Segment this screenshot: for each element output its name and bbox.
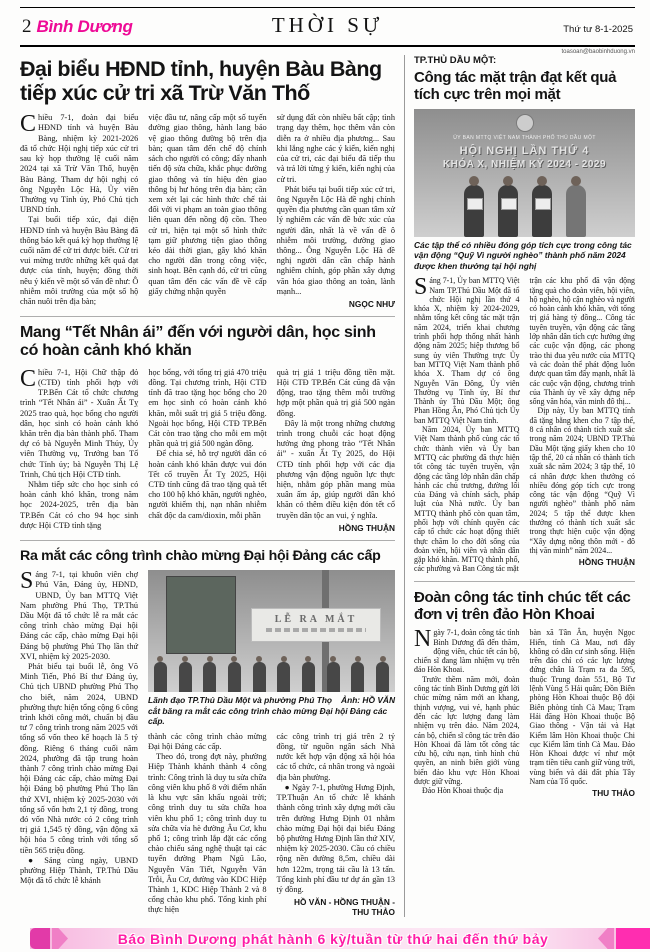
person-silhouette	[376, 662, 389, 692]
paragraph: Chiều 7-1, đoàn đại biểu HĐND tỉnh và hu…	[20, 113, 138, 215]
paragraph: trận các khu phố đã vận động tặng quà ch…	[530, 276, 636, 406]
person-silhouette	[154, 662, 167, 692]
article-hon-khoai: Đoàn công tác tỉnh chúc tết các đơn vị t…	[414, 589, 635, 799]
people-silhouettes	[414, 185, 635, 237]
person-silhouette	[566, 185, 586, 237]
paragraph: Theo đó, trong đợt này, phường Hiệp Thàn…	[148, 752, 267, 915]
paragraph: Phát biểu tại buổi lễ, ông Võ Minh Tiến,…	[20, 662, 138, 856]
article-lower-columns: thành các công trình chào mừng Đại hội Đ…	[148, 732, 395, 917]
paragraph: Ngày 7-1, đoàn công tác tỉnh Bình Dương …	[414, 628, 520, 674]
headline: Công tác mặt trận đạt kết quả tích cực t…	[414, 69, 635, 104]
article-body: Sáng 7-1, Ủy ban MTTQ Việt Nam TP.Thủ Dầ…	[414, 276, 635, 574]
person-silhouette	[532, 185, 552, 237]
photo-banner-line1: ỦY BAN MTTQ VIỆT NAM THÀNH PHỐ THỦ DẦU M…	[414, 135, 635, 141]
paragraph: thành các công trình chào mừng Đại hội Đ…	[148, 732, 267, 752]
banner-right-chevron-icon	[598, 928, 614, 949]
page-number: 2	[22, 16, 32, 38]
photo-caption: Ảnh: HỒ VĂNLãnh đạo TP.Thủ Dầu Một và ph…	[148, 695, 395, 727]
person-silhouette	[253, 662, 266, 692]
article-body: Chiều 7-1, đoàn đại biểu HĐND tỉnh và hu…	[20, 113, 395, 309]
paragraph: sử dụng đất còn nhiều bất cập; tình trạn…	[277, 113, 395, 184]
person-silhouette	[327, 662, 340, 692]
paragraph: Phát biểu tại buổi tiếp xúc cử tri, ông …	[277, 185, 395, 297]
banner-text: Báo Bình Dương phát hành 6 kỳ/tuần từ th…	[68, 931, 598, 947]
body-column: Sáng 7-1, tại khuôn viên chợ Phú Văn, Đả…	[20, 570, 138, 917]
newspaper-logo: Bình Dương	[37, 17, 133, 37]
body-column: Chiều 7-1, đoàn đại biểu HĐND tỉnh và hu…	[20, 113, 138, 309]
paragraph: Dịp này, Ủy ban MTTQ tỉnh đã tặng bằng k…	[530, 406, 636, 555]
body-column: bàn xã Tân Ân, huyện Ngọc Hiển, tỉnh Cà …	[530, 628, 636, 798]
paragraph: ● Sáng cùng ngày, UBND phường Hiệp Thành…	[20, 856, 138, 887]
banner-title: LỄ RA MẮT	[252, 614, 380, 625]
byline: HỒNG THUẬN	[530, 557, 636, 567]
paragraph: Chiều 7-1, Hội Chữ thập đỏ (CTĐ) tỉnh ph…	[20, 368, 138, 480]
ceremony-photo: LỄ RA MẮT	[148, 570, 395, 692]
body-column: Ngày 7-1, đoàn công tác tỉnh Bình Dương …	[414, 628, 520, 798]
byline: THU THẢO	[530, 788, 636, 798]
paragraph: Năm 2024, Ủy ban MTTQ Việt Nam thành phố…	[414, 425, 520, 574]
paragraph: Để chia sẻ, hỗ trợ người dân có hoàn cản…	[148, 449, 266, 520]
article-mat-tran: TP.THỦ DẦU MỘT: Công tác mặt trận đạt kế…	[414, 55, 635, 574]
person-silhouette	[179, 662, 192, 692]
ceremony-banner: LỄ RA MẮT	[251, 608, 381, 642]
issue-date: Thứ tư 8-1-2025	[443, 24, 633, 35]
paragraph: Trước thềm năm mới, đoàn công tác tỉnh B…	[414, 675, 520, 787]
masthead: 2 Bình Dương THỜI SỰ Thứ tư 8-1-2025 toa…	[20, 7, 635, 47]
article-ra-mat-cong-trinh: Ra mắt các công trình chào mừng Đại hội …	[20, 548, 395, 917]
column-text: các công trình trị giá trên 2 tỷ đồng, t…	[277, 732, 396, 895]
photo-caption: Các tập thể có nhiều đóng góp tích cực t…	[414, 240, 635, 272]
photo-credit: Ảnh: HỒ VĂN	[341, 695, 395, 706]
masthead-left: 2 Bình Dương	[22, 16, 212, 38]
body-column: Chiều 7-1, Hội Chữ thập đỏ (CTĐ) tỉnh ph…	[20, 368, 138, 533]
newspaper-page: 2 Bình Dương THỜI SỰ Thứ tư 8-1-2025 toa…	[0, 0, 650, 917]
byline: HỒ VĂN - HỒNG THUẬN - THU THẢO	[277, 897, 396, 917]
person-silhouette	[464, 185, 484, 237]
column-text: quà trị giá 1 triệu đồng tiền mặt. Hội C…	[277, 368, 395, 521]
paragraph: Sáng 7-1, tại khuôn viên chợ Phú Văn, Đả…	[20, 570, 138, 662]
body-column: thành các công trình chào mừng Đại hội Đ…	[148, 732, 267, 917]
person-silhouette	[302, 662, 315, 692]
banner-left-cap	[30, 928, 50, 949]
paragraph: việc đầu tư, nâng cấp một số tuyến đường…	[148, 113, 266, 297]
photo-banner-line2: HỘI NGHỊ LẦN THỨ 4	[414, 145, 635, 157]
headline: Đoàn công tác tỉnh chúc tết các đơn vị t…	[414, 589, 635, 624]
headline: Mang “Tết Nhân ái” đến với người dân, họ…	[20, 324, 395, 361]
paragraph: Tại buổi tiếp xúc, đại diện HĐND tỉnh và…	[20, 215, 138, 307]
body-column: quà trị giá 1 triệu đồng tiền mặt. Hội C…	[277, 368, 395, 533]
person-silhouette	[228, 662, 241, 692]
kicker: TP.THỦ DẦU MỘT:	[414, 55, 635, 66]
column-text: trận các khu phố đã vận động tặng quà ch…	[530, 276, 636, 555]
divider	[20, 316, 395, 317]
paragraph: Nhằm tiếp sức cho học sinh có hoàn cảnh …	[20, 480, 138, 531]
right-section: TP.THỦ DẦU MỘT: Công tác mặt trận đạt kế…	[404, 55, 635, 917]
people-silhouettes	[148, 662, 395, 692]
signboard-shape	[166, 576, 236, 654]
paragraph: ● Ngày 7-1, phường Hưng Định, TP.Thuận A…	[277, 783, 396, 895]
body-column: trận các khu phố đã vận động tặng quà ch…	[530, 276, 636, 574]
paragraph: Sáng 7-1, Ủy ban MTTQ Việt Nam TP.Thủ Dầ…	[414, 276, 520, 425]
contact-email: toasoan@baobinhduong.vn	[562, 49, 636, 55]
left-section: Đại biểu HĐND tỉnh, huyện Bàu Bàng tiếp …	[20, 55, 404, 917]
paragraph: các công trình trị giá trên 2 tỷ đồng, t…	[277, 732, 396, 783]
article-tet-nhan-ai: Mang “Tết Nhân ái” đến với người dân, họ…	[20, 324, 395, 533]
headline: Đại biểu HĐND tỉnh, huyện Bàu Bàng tiếp …	[20, 58, 395, 105]
paragraph: Đây là một trong những chương trình tron…	[277, 419, 395, 521]
paragraph: quà trị giá 1 triệu đồng tiền mặt. Hội C…	[277, 368, 395, 419]
divider	[414, 581, 635, 582]
conference-photo: ỦY BAN MTTQ VIỆT NAM THÀNH PHỐ THỦ DẦU M…	[414, 109, 635, 237]
column-text: sử dụng đất còn nhiều bất cập; tình trạn…	[277, 113, 395, 297]
article-photo-block: LỄ RA MẮT	[148, 570, 395, 917]
banner-left-chevron-icon	[52, 928, 68, 949]
article-body: Ngày 7-1, đoàn công tác tỉnh Bình Dương …	[414, 628, 635, 798]
article-body: Sáng 7-1, tại khuôn viên chợ Phú Văn, Đả…	[20, 570, 395, 917]
mttq-emblem-icon	[516, 114, 534, 132]
paragraph: học bổng, với tổng trị giá 470 triệu đồn…	[148, 368, 266, 450]
banner-right-cap	[616, 928, 650, 949]
column-text: bàn xã Tân Ân, huyện Ngọc Hiển, tỉnh Cà …	[530, 628, 636, 786]
article-body: Chiều 7-1, Hội Chữ thập đỏ (CTĐ) tỉnh ph…	[20, 368, 395, 533]
person-silhouette	[203, 662, 216, 692]
paragraph: bàn xã Tân Ân, huyện Ngọc Hiển, tỉnh Cà …	[530, 628, 636, 786]
headline: Ra mắt các công trình chào mừng Đại hội …	[20, 548, 395, 564]
person-silhouette	[277, 662, 290, 692]
banner-subtext-shape	[266, 628, 366, 632]
body-column: Sáng 7-1, Ủy ban MTTQ Việt Nam TP.Thủ Dầ…	[414, 276, 520, 574]
body-column: học bổng, với tổng trị giá 470 triệu đồn…	[148, 368, 266, 533]
footer-banner: Báo Bình Dương phát hành 6 kỳ/tuần từ th…	[30, 928, 650, 949]
page-content: Đại biểu HĐND tỉnh, huyện Bàu Bàng tiếp …	[20, 55, 635, 917]
body-column: sử dụng đất còn nhiều bất cập; tình trạn…	[277, 113, 395, 309]
section-title: THỜI SỰ	[212, 13, 443, 38]
paragraph: Đảo Hòn Khoai thuộc địa	[414, 786, 520, 795]
byline: NGỌC NHƯ	[277, 299, 395, 309]
body-column: các công trình trị giá trên 2 tỷ đồng, t…	[277, 732, 396, 917]
byline: HỒNG THUẬN	[277, 523, 395, 533]
photo-banner-line3: KHÓA X, NHIỆM KỲ 2024 - 2029	[414, 159, 635, 170]
article-hdnd-bau-bang: Đại biểu HĐND tỉnh, huyện Bàu Bàng tiếp …	[20, 58, 395, 309]
body-column: việc đầu tư, nâng cấp một số tuyến đường…	[148, 113, 266, 309]
divider	[20, 540, 395, 541]
person-silhouette	[498, 185, 518, 237]
person-silhouette	[351, 662, 364, 692]
